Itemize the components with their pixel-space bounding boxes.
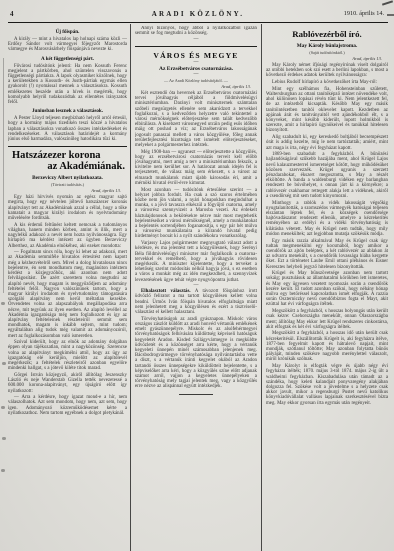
feature-dateline: Arad, április 13. [8, 188, 127, 193]
article-paragraph: Alig szabadult ki, egy kereskedő boltjáb… [266, 135, 388, 151]
brief-headline: Új főispán. [8, 29, 127, 35]
article-note: (Saját tudósítónktól.) [266, 50, 388, 55]
article-paragraph: Még 1908-ban — ugyanezt — előterjesztett… [135, 150, 257, 186]
feature-paragraph: — Arra a kérdésre, hogy igazat mond-e a … [8, 395, 127, 416]
feature-paragraph: Szóval kiderült, hogy az elnök az adomán… [8, 340, 127, 371]
brief-body: Fővárosi tudósítónk jelenti: Ha nem Koss… [8, 64, 127, 106]
article-headline: Az Erzsébetváros csatornázása. [135, 66, 257, 72]
headline-dash: — [135, 73, 257, 77]
scan-corner-mark [382, 0, 393, 5]
masthead-rule [8, 22, 388, 23]
issue-date: 1910. április 14. [344, 10, 384, 17]
scan-blob [1, 302, 5, 305]
scan-blob [2, 437, 6, 440]
column-right: Rablóvezérből író. May Károly bünlajstro… [266, 26, 388, 551]
article-byline: — Az Aradi Közlöny tudósítójától. — [135, 78, 257, 83]
scan-edge-line [3, 58, 4, 293]
feature-subhead: Berzeviczy Albert nyilatkozata. [8, 175, 127, 181]
article-dateline: Arad, április 13. [135, 84, 257, 89]
column-end-rule [179, 394, 213, 395]
section-rule [135, 46, 257, 47]
article-paragraph: Krügel és May bűnszövetsége azonban nem … [266, 271, 388, 307]
feature-headline-line1: Hatszázezer korona [8, 150, 127, 161]
section-dash: — [135, 61, 257, 65]
scan-blob [2, 362, 6, 365]
scan-blob [1, 406, 5, 409]
scan-edge-dash [387, 14, 394, 16]
masthead: 4 ARADI KÖZLÖNY. 1910. április 14. [8, 9, 388, 21]
article-paragraph: Egy másik razzia alkalmával May és Krüge… [266, 239, 388, 270]
brief-body: A Pester Lloyd teljesen megbízható helyr… [8, 116, 127, 142]
brief-headline: Juniusban lesznek a választások. [8, 108, 127, 114]
article-paragraph: Megszökött a fegyházból, s hosszas bolyo… [266, 309, 388, 330]
article-paragraph: Lebius Rudolf hírlapíró a következőket í… [266, 80, 388, 85]
article-paragraph: May Károly német ifjúsági regényírónak v… [266, 63, 388, 79]
article-subhead: May Károly bünlajstroma. [266, 43, 388, 49]
headline-rule [310, 40, 344, 41]
carryover-paragraph: Annyi bizonyos, hogy abból a nyilatkozat… [135, 26, 257, 36]
brief-body: A király — mint a hivatalos lap holnapi … [8, 37, 127, 53]
feature-note: (Távirati tudósítás.) [8, 182, 127, 187]
newspaper-title: ARADI KÖZLÖNY. [8, 10, 388, 18]
feature-headline-line2: az Akadémiának. [8, 161, 127, 172]
article-divider-rule [8, 146, 127, 147]
newspaper-page: 4 ARADI KÖZLÖNY. 1910. április 14. Új fő… [0, 0, 394, 551]
item-separator-dash: — [135, 284, 257, 288]
article-paragraph: Két esztendő óta hevernek az Erzsébetvár… [135, 91, 257, 148]
column-separator-left [130, 24, 131, 551]
article-paragraph: May Károlyt is elfogták végre és újabb n… [266, 364, 388, 406]
brief-headline: A két függetlenségi párt. [8, 56, 127, 62]
article-paragraph: 1869-ben szabadult a fegyházból. A bűnöz… [266, 152, 388, 199]
column-left: Új főispán. A király — mint a hivatalos … [8, 26, 127, 551]
section-title: VÁROS ÉS MEGYE [135, 51, 257, 60]
feature-paragraph: A kis érdemű feltűnést keltett nemcsak a… [8, 223, 127, 249]
article-paragraph: Minthogy a rablók a vidék lakosságát vég… [266, 201, 388, 237]
news-item: Elhalasztott választás. A távozott főisp… [135, 289, 257, 315]
article-headline: Rablóvezérből író. [266, 29, 388, 39]
feature-paragraph: Egy házi hírvivés nyomán az egész magyar… [8, 195, 127, 221]
article-paragraph: Mint egy szélhámos fia, Hohensteinban sz… [266, 87, 388, 134]
scan-blob [1, 469, 5, 472]
feature-paragraph: Görgei István közjegyző, akiről állítóla… [8, 373, 127, 394]
article-paragraph: Most azonban — tudósítónk értesülése sze… [135, 188, 257, 240]
article-dateline: Arad, április 13. [266, 56, 388, 61]
closing-paragraph: Törvényhatóságok az aradi gyásznapon. Mi… [135, 317, 257, 390]
end-dash: — [135, 38, 257, 42]
feature-paragraph: — Fogalmam sincs róla, hogy ki lehet az … [8, 250, 127, 338]
article-paragraph: Megszökött a fegyházból, a hosszas idő u… [266, 331, 388, 362]
column-middle: Annyi bizonyos, hogy abból a nyilatkozat… [135, 26, 257, 551]
column-separator-right [261, 24, 262, 551]
article-paragraph: Varjassy Lajos polgármester megnyugtató … [135, 241, 257, 283]
